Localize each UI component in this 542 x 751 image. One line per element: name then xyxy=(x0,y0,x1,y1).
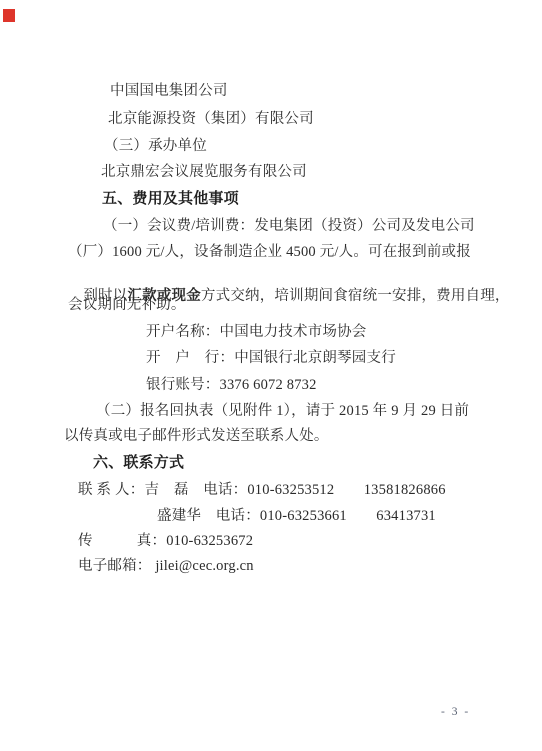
line-fees-2: （厂）1600 元/人，设备制造企业 4500 元/人。可在报到前或报 xyxy=(68,243,471,261)
line-fees-4: 会议期间无补助。 xyxy=(68,296,186,314)
heading-fees-section: 五、费用及其他事项 xyxy=(102,190,239,208)
fees-3-run-post: 方式交纳，培训期间食宿统一安排，费用自理， xyxy=(201,288,510,304)
red-square-marker xyxy=(3,9,15,22)
page-number: - 3 - xyxy=(441,706,470,718)
document-page: 中国国电集团公司 北京能源投资（集团）有限公司 （三）承办单位 北京鼎宏会议展览… xyxy=(0,0,542,751)
line-contact-1: 联 系 人：吉 磊 电话：010-63253512 13581826866 xyxy=(78,481,446,499)
line-reply-2: 以传真或电子邮件形式发送至联系人处。 xyxy=(64,427,329,445)
line-bank-branch: 开 户 行：中国银行北京朗琴园支行 xyxy=(146,349,396,367)
line-email: 电子邮箱： jilei@cec.org.cn xyxy=(78,557,254,575)
line-contact-2: 盛建华 电话：010-63253661 63413731 xyxy=(157,507,436,525)
line-fees-1: （一）会议费/培训费：发电集团（投资）公司及发电公司 xyxy=(103,217,475,235)
line-bank-number: 银行账号：3376 6072 8732 xyxy=(146,376,317,394)
line-section-organizer: （三）承办单位 xyxy=(104,137,207,155)
line-fax: 传 真：010-63253672 xyxy=(78,532,253,550)
line-org-dinghong: 北京鼎宏会议展览服务有限公司 xyxy=(101,163,307,181)
line-reply-1: （二）报名回执表（见附件 1），请于 2015 年 9 月 29 日前 xyxy=(96,402,469,420)
line-org-guodian: 中国国电集团公司 xyxy=(110,82,228,100)
line-bank-account-name: 开户名称：中国电力技术市场协会 xyxy=(146,323,367,341)
heading-contact-section: 六、联系方式 xyxy=(93,454,184,472)
line-org-beijing-energy: 北京能源投资（集团）有限公司 xyxy=(108,110,314,128)
